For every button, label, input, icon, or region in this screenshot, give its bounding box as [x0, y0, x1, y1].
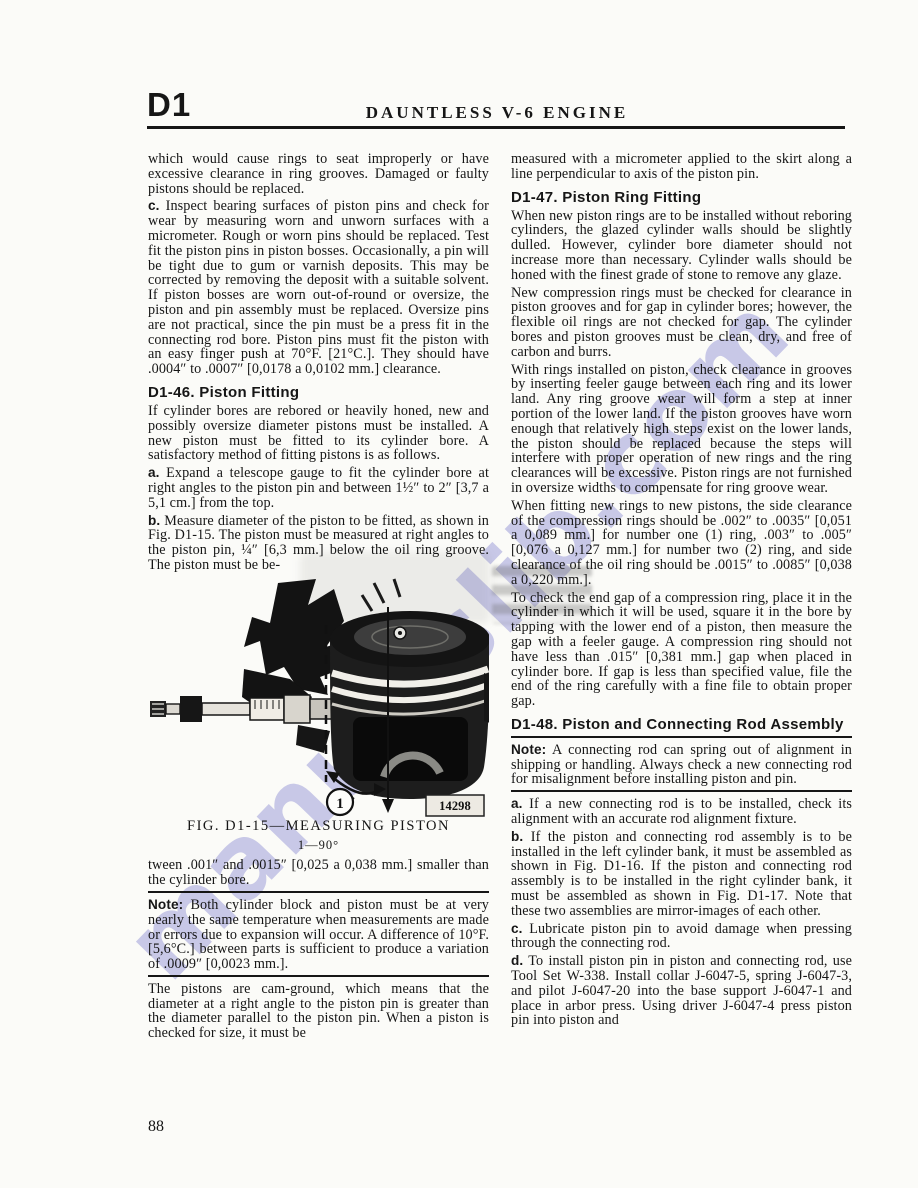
note: Note: Both cylinder block and piston mus… [148, 898, 489, 972]
paragraph-text: If a new connecting rod is to be install… [511, 796, 852, 827]
figure-photo-number-box: 14298 [426, 795, 484, 816]
note-lead: Note: [511, 742, 546, 757]
piston [330, 611, 489, 799]
list-item-lead: b. [148, 513, 160, 528]
paragraph: The pistons are cam-ground, which means … [148, 982, 489, 1041]
paragraph: New compression rings must be checked fo… [511, 286, 852, 360]
list-item-lead: a. [148, 465, 160, 480]
paragraph: which would cause rings to seat improper… [148, 152, 489, 196]
figure-callout: 1 [327, 789, 353, 815]
paragraph: To check the end gap of a compression ri… [511, 591, 852, 709]
paragraph-text: Lubricate piston pin to avoid damage whe… [511, 921, 852, 952]
section-heading-d1-47: D1-47. Piston Ring Fitting [511, 189, 852, 206]
section-heading-d1-48: D1-48. Piston and Connecting Rod Assembl… [511, 716, 852, 733]
paragraph: b. Measure diameter of the piston to be … [148, 514, 489, 573]
paragraph-text: To install piston pin in piston and conn… [511, 953, 852, 1028]
header-rule [147, 126, 845, 129]
figure-legend: 1—90° [148, 838, 489, 853]
paragraph: measured with a micrometer applied to th… [511, 152, 852, 182]
page-title: DAUNTLESS V-6 ENGINE [148, 103, 846, 123]
note-rule [148, 975, 489, 977]
list-item-lead: b. [511, 829, 523, 844]
paragraph: c. Lubricate piston pin to avoid damage … [511, 922, 852, 952]
figure-callout-1: 1 [336, 796, 344, 812]
column-left: which would cause rings to seat improper… [148, 152, 489, 1044]
paragraph-text: Expand a telescope gauge to fit the cyli… [148, 465, 489, 511]
note: Note: A connecting rod can spring out of… [511, 743, 852, 787]
manual-page: manualslib.com D1 DAUNTLESS V-6 ENGINE w… [0, 0, 918, 1188]
paragraph: c. Inspect bearing surfaces of piston pi… [148, 199, 489, 377]
paragraph-text: Measure diameter of the piston to be fit… [148, 513, 489, 573]
paragraph: When new piston rings are to be installe… [511, 209, 852, 283]
list-item-lead: a. [511, 796, 523, 811]
figure-caption: FIG. D1-15—MEASURING PISTON [148, 819, 489, 834]
paragraph: If cylinder bores are rebored or heavily… [148, 404, 489, 463]
note-lead: Note: [148, 897, 183, 912]
figure-measuring-piston: 1 14298 [148, 577, 489, 817]
page-number: 88 [148, 1118, 164, 1136]
paragraph: With rings installed on piston, check cl… [511, 363, 852, 496]
paragraph: d. To install piston pin in piston and c… [511, 954, 852, 1028]
note-rule [511, 790, 852, 792]
note-text: Both cylinder block and piston must be a… [148, 897, 489, 972]
paragraph: a. Expand a telescope gauge to fit the c… [148, 466, 489, 510]
note-rule [148, 891, 489, 893]
note-text: A connecting rod can spring out of align… [511, 742, 852, 788]
paragraph: tween .001″ and .0015″ [0,025 a 0,038 mm… [148, 858, 489, 888]
list-item-lead: c. [148, 198, 160, 213]
section-heading-d1-46: D1-46. Piston Fitting [148, 384, 489, 401]
paragraph-text: Inspect bearing surfaces of piston pins … [148, 198, 489, 377]
list-item-lead: c. [511, 921, 523, 936]
paragraph: b. If the piston and connecting rod asse… [511, 830, 852, 919]
note-rule [511, 736, 852, 738]
scan-marks [362, 579, 400, 611]
paragraph-text: If the piston and connecting rod assembl… [511, 829, 852, 919]
figure-photo-number: 14298 [439, 799, 471, 813]
paragraph: a. If a new connecting rod is to be inst… [511, 797, 852, 827]
column-right: measured with a micrometer applied to th… [511, 152, 852, 1031]
list-item-lead: d. [511, 953, 523, 968]
paragraph: When fitting new rings to new pistons, t… [511, 499, 852, 588]
